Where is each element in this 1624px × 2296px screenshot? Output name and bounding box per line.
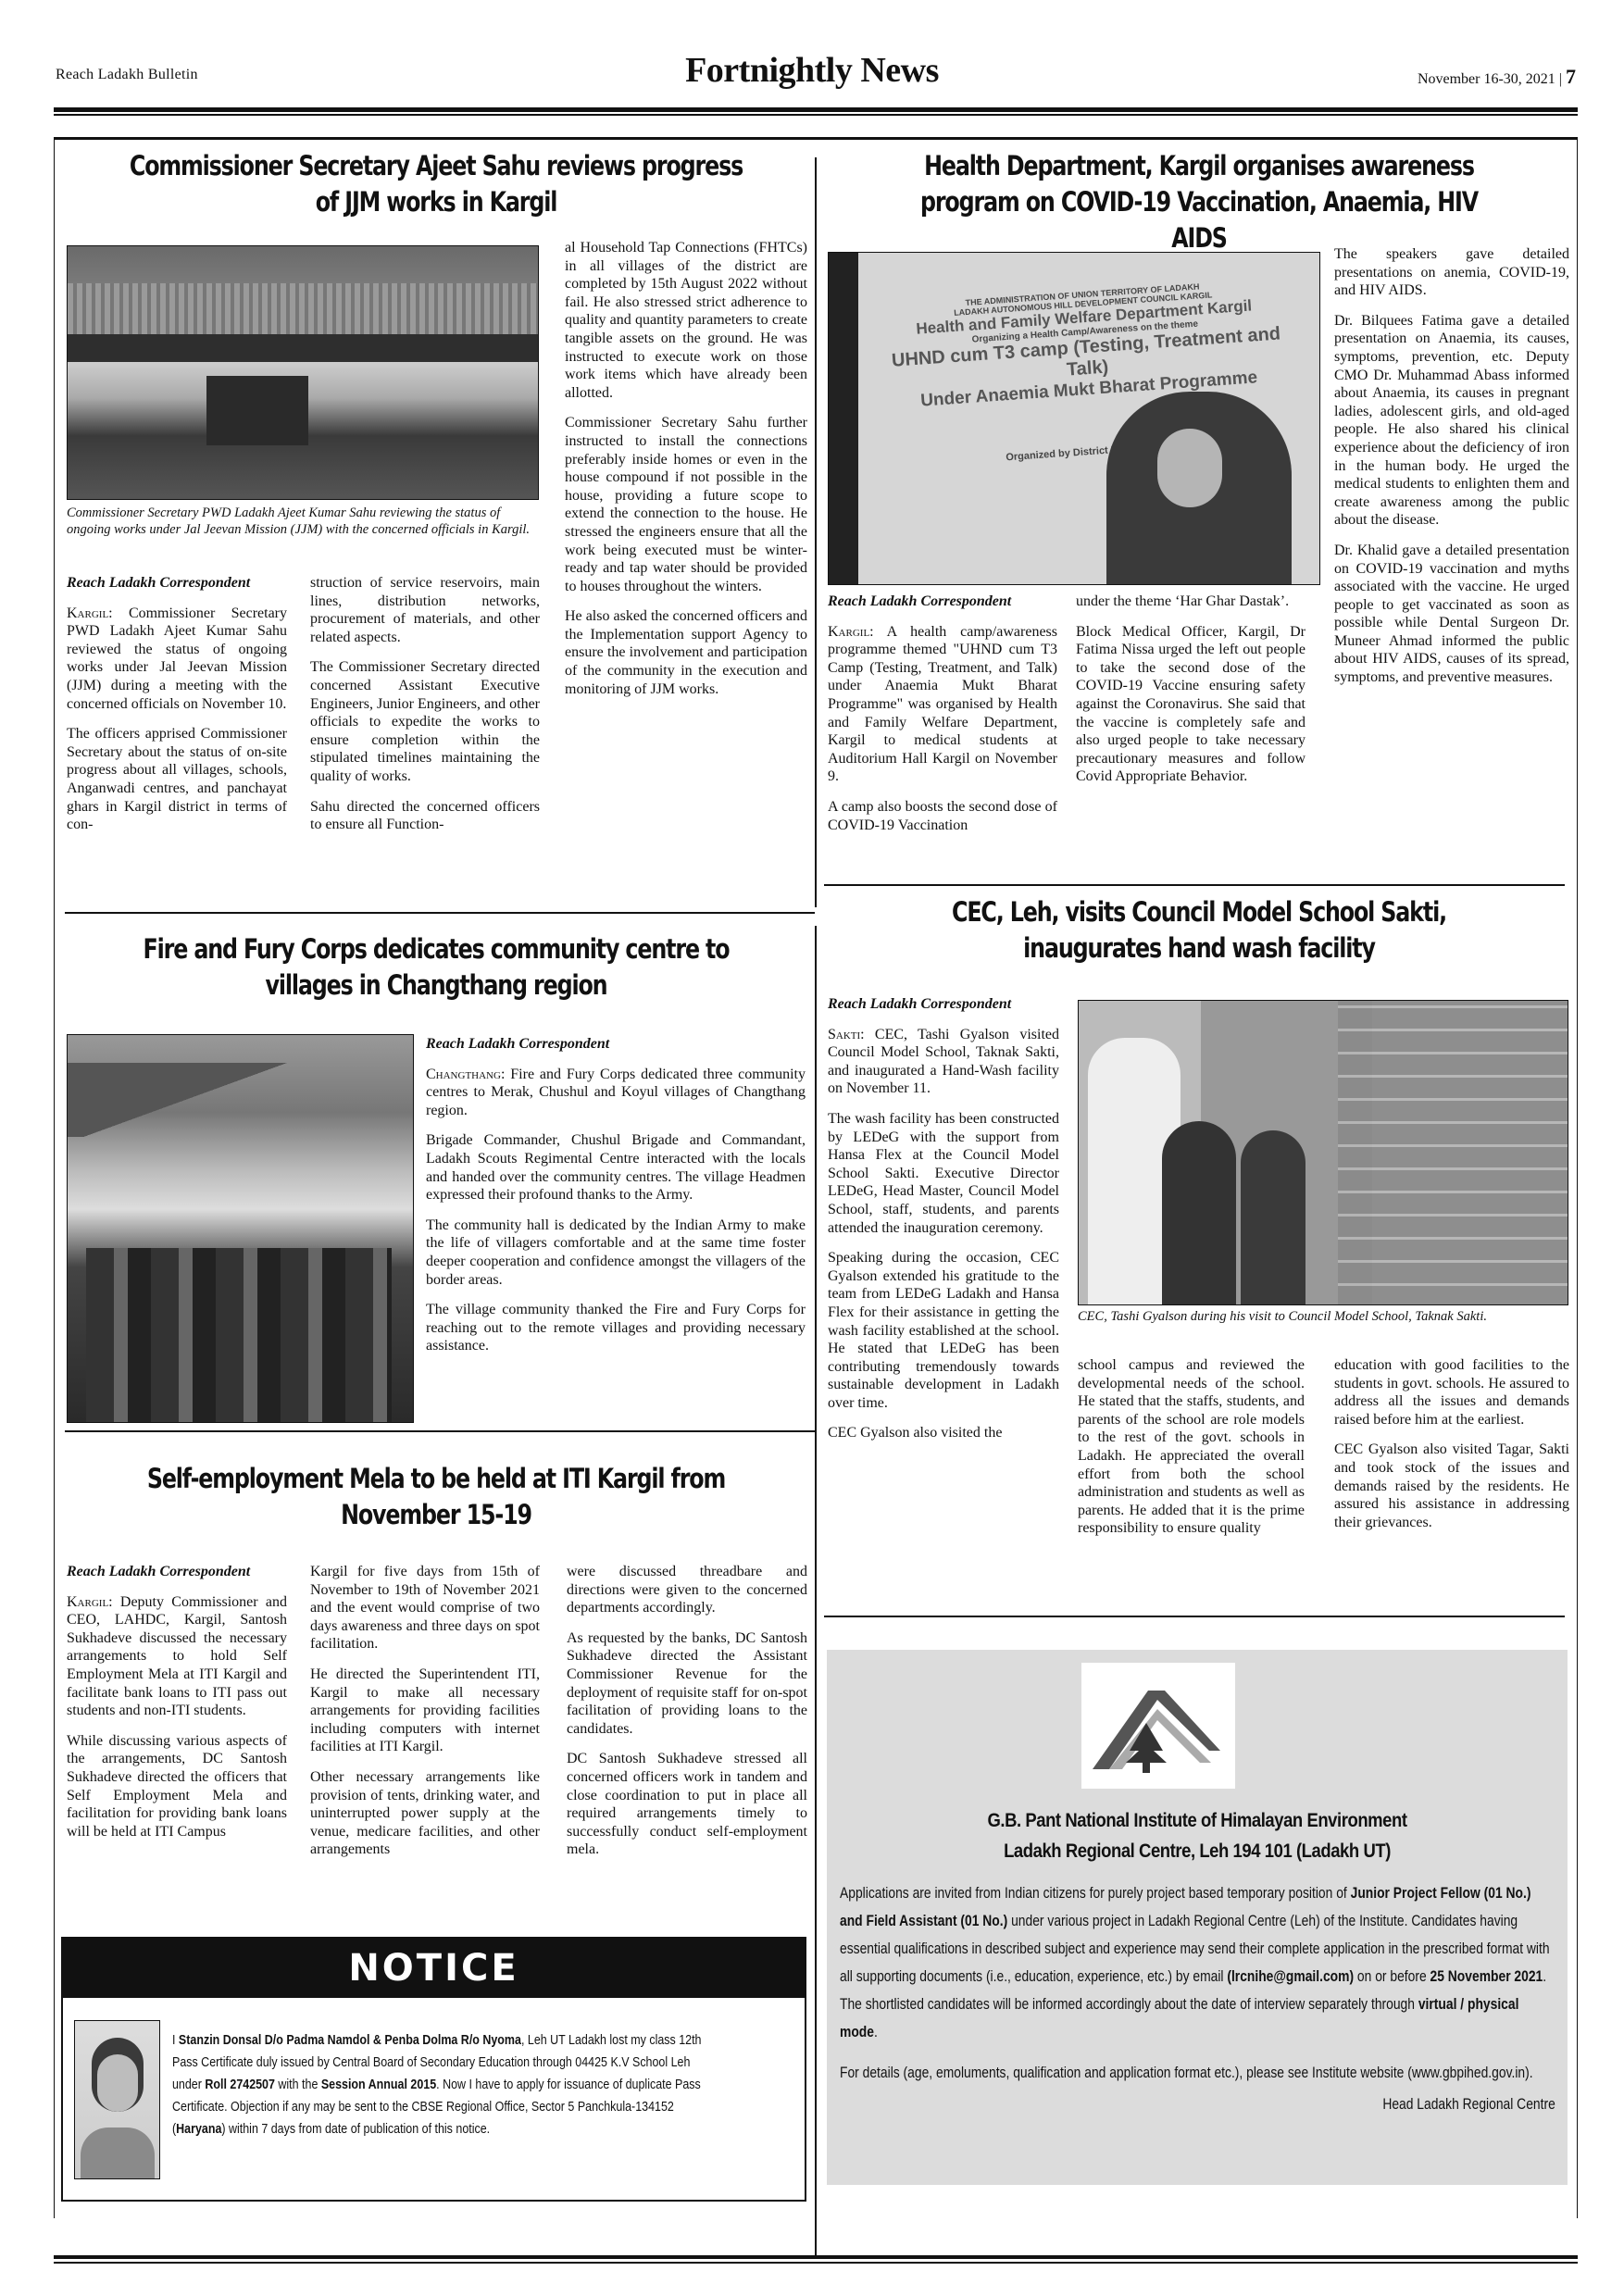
header-rule-thick bbox=[54, 107, 1578, 112]
article-column-2: under the theme ‘Har Ghar Dastak’. Block… bbox=[1076, 593, 1305, 798]
paragraph: Block Medical Officer, Kargil, Dr Fatima… bbox=[1076, 623, 1305, 786]
gbpant-advert: G.B. Pant National Institute of Himalaya… bbox=[827, 1650, 1568, 2185]
monitor-graphic bbox=[206, 376, 308, 445]
person-graphic bbox=[1162, 1121, 1236, 1305]
column-divider bbox=[815, 157, 817, 907]
applicant-photo bbox=[74, 2020, 160, 2179]
paragraph: While discussing various aspects of the … bbox=[67, 1732, 287, 1841]
paragraph: Dr. Khalid gave a detailed presentation … bbox=[1334, 542, 1569, 687]
column-divider bbox=[815, 926, 817, 2259]
byline: Reach Ladakh Correspondent bbox=[426, 1035, 806, 1054]
notice-text: ) within 7 days from date of publication… bbox=[221, 2122, 490, 2137]
paragraph-text: A health camp/awareness programme themed… bbox=[828, 624, 1057, 785]
paragraph: The community hall is dedicated by the I… bbox=[426, 1217, 806, 1289]
paragraph: CEC Gyalson also visited the bbox=[828, 1424, 1059, 1442]
page-number: 7 bbox=[1566, 65, 1576, 88]
article-column-3: The speakers gave detailed presentations… bbox=[1334, 245, 1569, 699]
section-divider bbox=[65, 1430, 815, 1432]
text: on or before bbox=[1354, 1968, 1430, 1985]
email-link[interactable]: (lrcnihe@gmail.com) bbox=[1227, 1968, 1354, 1985]
dateline: Changthang: bbox=[426, 1067, 505, 1082]
byline: Reach Ladakh Correspondent bbox=[67, 574, 287, 593]
paragraph: Kargil: A health camp/awareness programm… bbox=[828, 623, 1057, 786]
footer-rule-thick bbox=[54, 2255, 1578, 2259]
headline: CEC, Leh, visits Council Model School Sa… bbox=[892, 894, 1506, 967]
meeting-room-photo bbox=[67, 245, 539, 500]
shoulders-graphic bbox=[81, 2128, 155, 2179]
paragraph: Kargil: Commissioner Secretary PWD Ladak… bbox=[67, 605, 287, 714]
paragraph: The officers apprised Commissioner Secre… bbox=[67, 725, 287, 834]
paragraph: The Commissioner Secretary directed conc… bbox=[310, 658, 540, 785]
paragraph: The speakers gave detailed presentations… bbox=[1334, 245, 1569, 300]
people-row-graphic bbox=[68, 334, 538, 362]
paragraph: He also asked the concerned officers and… bbox=[565, 607, 807, 698]
notice-text-bold: Haryana bbox=[176, 2122, 221, 2137]
byline: Reach Ladakh Correspondent bbox=[828, 593, 1057, 611]
paragraph: were discussed threadbare and directions… bbox=[567, 1563, 807, 1617]
section-divider bbox=[65, 912, 815, 914]
article-column-2: school campus and reviewed the developme… bbox=[1078, 1356, 1305, 1550]
dateline: Kargil: bbox=[828, 624, 874, 640]
header-rule-thin bbox=[54, 114, 1578, 116]
notice-title: NOTICE bbox=[63, 1939, 805, 1998]
article-body: Reach Ladakh Correspondent Changthang: F… bbox=[426, 1035, 806, 1367]
article-column-3: al Household Tap Connections (FHTCs) in … bbox=[565, 239, 807, 710]
paragraph: The village community thanked the Fire a… bbox=[426, 1301, 806, 1355]
paragraph: Dr. Bilquees Fatima gave a detailed pres… bbox=[1334, 312, 1569, 530]
notice-ad: NOTICE I Stanzin Donsal D/o Padma Namdol… bbox=[61, 1937, 806, 2202]
paragraph: Sakti: CEC, Tashi Gyalson visited Counci… bbox=[828, 1026, 1059, 1098]
byline: Reach Ladakh Correspondent bbox=[828, 995, 1059, 1014]
photo-caption: CEC, Tashi Gyalson during his visit to C… bbox=[1078, 1308, 1568, 1325]
paragraph: Speaking during the occasion, CEC Gyalso… bbox=[828, 1249, 1059, 1412]
advert-paragraph: For details (age, emoluments, qualificat… bbox=[840, 2059, 1555, 2087]
institute-title: G.B. Pant National Institute of Himalaya… bbox=[871, 1805, 1523, 1866]
text: Applications are invited from Indian cit… bbox=[840, 1885, 1351, 1902]
dateline: Sakti: bbox=[828, 1027, 865, 1042]
article-column-1: Reach Ladakh Correspondent Kargil: Deput… bbox=[67, 1563, 287, 1853]
notice-body: I Stanzin Donsal D/o Padma Namdol & Penb… bbox=[172, 2029, 714, 2140]
paragraph: struction of service reservoirs, main li… bbox=[310, 574, 540, 646]
notice-text-bold: Session Annual 2015 bbox=[321, 2078, 436, 2092]
date-text: November 16-30, 2021 bbox=[1418, 71, 1555, 87]
curtains-graphic bbox=[68, 283, 538, 334]
headline: Self-employment Mela to be held at ITI K… bbox=[129, 1461, 743, 1533]
paragraph: DC Santosh Sukhadeve stressed all concer… bbox=[567, 1750, 807, 1859]
section-divider bbox=[824, 1616, 1565, 1617]
paragraph: Kargil: Deputy Commissioner and CEO, LAH… bbox=[67, 1593, 287, 1720]
paragraph: Other necessary arrangements like provis… bbox=[310, 1768, 540, 1859]
byline: Reach Ladakh Correspondent bbox=[67, 1563, 287, 1581]
handwash-visit-photo bbox=[1078, 1000, 1568, 1305]
institute-address: Ladakh Regional Centre, Leh 194 101 (Lad… bbox=[871, 1836, 1523, 1866]
notice-text: with the bbox=[275, 2078, 321, 2092]
article-column-3: were discussed threadbare and directions… bbox=[567, 1563, 807, 1871]
paragraph: school campus and reviewed the developme… bbox=[1078, 1356, 1305, 1538]
paragraph: education with good facilities to the st… bbox=[1334, 1356, 1569, 1429]
advert-paragraph: Applications are invited from Indian cit… bbox=[840, 1879, 1555, 2046]
headline: Commissioner Secretary Ajeet Sahu review… bbox=[129, 148, 743, 220]
headline: Health Department, Kargil organises awar… bbox=[892, 148, 1506, 256]
ribbon-cutting-photo bbox=[67, 1034, 414, 1423]
mountain-tree-icon bbox=[1081, 1663, 1235, 1789]
article-column-2: Kargil for five days from 15th of Novemb… bbox=[310, 1563, 540, 1871]
photo-caption: Commissioner Secretary PWD Ladakh Ajeet … bbox=[67, 505, 539, 538]
issue-date: November 16-30, 2021 |7 bbox=[1418, 65, 1576, 89]
article-column-1: Reach Ladakh Correspondent Kargil: Commi… bbox=[67, 574, 287, 846]
mountain-graphic bbox=[68, 1063, 413, 1137]
notice-text-bold: Stanzin Donsal D/o Padma Namdol & Penba … bbox=[179, 2033, 521, 2048]
text: . bbox=[874, 2024, 878, 2040]
article-column-2: struction of service reservoirs, main li… bbox=[310, 574, 540, 846]
stone-wall-graphic bbox=[1338, 1001, 1568, 1305]
paragraph: A camp also boosts the second dose of CO… bbox=[828, 798, 1057, 834]
separator: | bbox=[1559, 71, 1562, 87]
paragraph: Brigade Commander, Chushul Brigade and C… bbox=[426, 1131, 806, 1204]
notice-text-bold: Roll 2742507 bbox=[205, 2078, 275, 2092]
article-column-1: Reach Ladakh Correspondent Sakti: CEC, T… bbox=[828, 995, 1059, 1454]
text-bold: 25 November 2021 bbox=[1430, 1968, 1543, 1985]
section-title: Fortnightly News bbox=[0, 50, 1624, 91]
paragraph: under the theme ‘Har Ghar Dastak’. bbox=[1076, 593, 1305, 611]
advert-body: Applications are invited from Indian cit… bbox=[840, 1879, 1555, 2118]
institute-logo bbox=[1081, 1663, 1235, 1789]
headline: Fire and Fury Corps dedicates community … bbox=[129, 931, 743, 1004]
dateline: Kargil: bbox=[67, 605, 113, 621]
institute-name: G.B. Pant National Institute of Himalaya… bbox=[871, 1805, 1523, 1836]
face-graphic bbox=[97, 2054, 138, 2112]
article-column-3: education with good facilities to the st… bbox=[1334, 1356, 1569, 1543]
paragraph: Commissioner Secretary Sahu further inst… bbox=[565, 414, 807, 595]
dateline: Kargil: bbox=[67, 1594, 113, 1610]
paragraph: Kargil for five days from 15th of Novemb… bbox=[310, 1563, 540, 1653]
crowd-graphic bbox=[86, 1248, 392, 1423]
paragraph: As requested by the banks, DC Santosh Su… bbox=[567, 1629, 807, 1739]
person-graphic bbox=[1241, 1130, 1305, 1305]
health-camp-photo: THE ADMINISTRATION OF UNION TERRITORY OF… bbox=[828, 252, 1320, 585]
paragraph: Changthang: Fire and Fury Corps dedicate… bbox=[426, 1066, 806, 1120]
paragraph: al Household Tap Connections (FHTCs) in … bbox=[565, 239, 807, 402]
advert-signoff: Head Ladakh Regional Centre bbox=[840, 2090, 1555, 2118]
paragraph: The wash facility has been constructed b… bbox=[828, 1110, 1059, 1237]
section-divider bbox=[824, 884, 1565, 886]
footer-rule-thin bbox=[54, 2262, 1578, 2264]
paragraph: Sahu directed the concerned officers to … bbox=[310, 798, 540, 834]
speaker-face-graphic bbox=[1157, 429, 1222, 507]
article-column-1: Reach Ladakh Correspondent Kargil: A hea… bbox=[828, 593, 1057, 846]
paragraph: He directed the Superintendent ITI, Karg… bbox=[310, 1666, 540, 1756]
paragraph: CEC Gyalson also visited Tagar, Sakti an… bbox=[1334, 1441, 1569, 1531]
paragraph-text: Deputy Commissioner and CEO, LAHDC, Karg… bbox=[67, 1594, 287, 1719]
